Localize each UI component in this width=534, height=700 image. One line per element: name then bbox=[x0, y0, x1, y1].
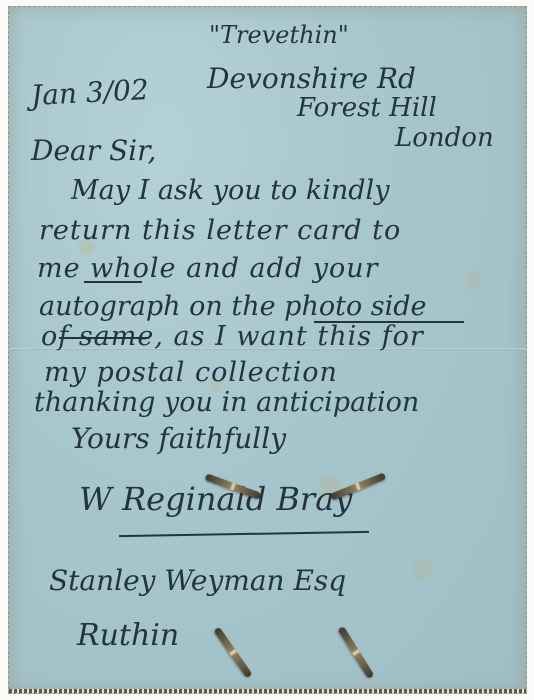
signature-flourish bbox=[119, 531, 369, 537]
brass-fastener-4 bbox=[338, 626, 375, 679]
underline-whole bbox=[84, 281, 142, 283]
body-line-3-text: me whole and add your bbox=[37, 253, 379, 284]
address-line-3: London bbox=[395, 125, 494, 151]
salutation: Dear Sir, bbox=[31, 137, 156, 165]
closing: Yours faithfully bbox=[71, 425, 286, 453]
body-line-2: return this letter card to bbox=[39, 217, 401, 244]
address-line-1: Devonshire Rd bbox=[207, 65, 416, 93]
perforated-edge bbox=[9, 689, 526, 693]
letter-card: "Trevethin" Jan 3/02 Devonshire Rd Fores… bbox=[8, 6, 527, 694]
house-name: "Trevethin" bbox=[209, 23, 349, 47]
body-line-4: autograph on the photo side bbox=[39, 293, 427, 320]
recipient-name: Stanley Weyman Esq bbox=[49, 567, 346, 595]
body-line-3: me whole and add your bbox=[37, 255, 379, 282]
letter-date: Jan 3/02 bbox=[30, 76, 149, 110]
body-line-6: my postal collection bbox=[44, 359, 338, 386]
body-line-7: thanking you in anticipation bbox=[34, 389, 419, 416]
address-line-2: Forest Hill bbox=[297, 95, 437, 121]
brass-fastener-3 bbox=[213, 627, 252, 679]
recipient-place: Ruthin bbox=[77, 621, 179, 651]
underline-same bbox=[59, 337, 149, 339]
body-line-1: May I ask you to kindly bbox=[71, 177, 389, 204]
signature: W Reginald Bray bbox=[79, 483, 352, 515]
underline-photo-side bbox=[314, 321, 464, 323]
